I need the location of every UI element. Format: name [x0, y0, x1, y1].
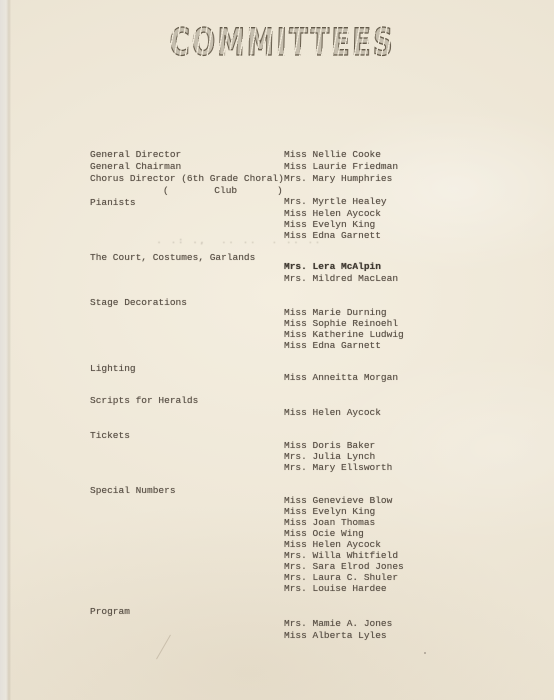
committee-member-name: Miss Sophie Reinoehl — [284, 319, 398, 329]
page-title: COMMITTEES — [0, 24, 554, 61]
committee-member-name: Miss Katherine Ludwig — [284, 330, 404, 340]
document-page: COMMITTEES . .: ., .. .. . .. .. General… — [0, 0, 554, 700]
committee-member-name: Miss Nellie Cooke — [284, 150, 381, 160]
committee-label-general-chairman: General Chairman — [90, 162, 181, 172]
paper-scratch — [156, 635, 171, 660]
committee-member-name: Mrs. Mary Ellsworth — [284, 463, 392, 473]
committee-label-special-numbers: Special Numbers — [90, 486, 176, 496]
committee-member-name: Mrs. Laura C. Shuler — [284, 573, 398, 583]
paper-speck — [424, 652, 426, 654]
committee-member-name: Miss Joan Thomas — [284, 518, 375, 528]
page-edge — [0, 0, 11, 700]
committee-member-name: Miss Laurie Friedman — [284, 162, 398, 172]
committee-member-name: Miss Doris Baker — [284, 441, 375, 451]
committee-member-name: Mrs. Louise Hardee — [284, 584, 387, 594]
committee-member-name: Mrs. Mildred MacLean — [284, 274, 398, 284]
committee-member-name: Miss Genevieve Blow — [284, 496, 392, 506]
committee-label-program: Program — [90, 607, 130, 617]
committee-member-name: Miss Evelyn King — [284, 507, 375, 517]
committee-member-name: Miss Evelyn King — [284, 220, 375, 230]
committee-member-name: Miss Edna Garnett — [284, 341, 381, 351]
committee-member-name: Mrs. Myrtle Healey — [284, 197, 387, 207]
committee-member-name: Miss Marie Durning — [284, 308, 387, 318]
committee-label-general-director: General Director — [90, 150, 181, 160]
committee-member-name: Mrs. Willa Whitfield — [284, 551, 398, 561]
committee-member-name: Mrs. Julia Lynch — [284, 452, 375, 462]
committee-member-name: Mrs. Mary Humphries — [284, 174, 392, 184]
committee-label-scripts-for-heralds: Scripts for Heralds — [90, 396, 198, 406]
committee-label-pianists: Pianists — [90, 198, 136, 208]
committee-label-lighting: Lighting — [90, 364, 136, 374]
committee-label2-chorus-director: ( Club ) — [163, 186, 283, 196]
committee-member-name: Miss Ocie Wing — [284, 529, 364, 539]
committee-member-name: Miss Anneitta Morgan — [284, 373, 398, 383]
committee-member-name: Mrs. Mamie A. Jones — [284, 619, 392, 629]
committee-label-chorus-director: Chorus Director (6th Grade Choral) — [90, 174, 284, 184]
erased-text-smudge: . .: ., .. .. . .. .. — [157, 238, 277, 246]
committee-member-name: Miss Edna Garnett — [284, 231, 381, 241]
committee-member-name: Miss Helen Aycock — [284, 209, 381, 219]
page-title-text: COMMITTEES — [169, 24, 395, 61]
committee-member-name: Miss Helen Aycock — [284, 540, 381, 550]
committee-member-name: Miss Helen Aycock — [284, 408, 381, 418]
committee-label-court-costumes-garlands: The Court, Costumes, Garlands — [90, 253, 255, 263]
committee-member-name: Miss Alberta Lyles — [284, 631, 387, 641]
committee-label-tickets: Tickets — [90, 431, 130, 441]
committee-label-stage-decorations: Stage Decorations — [90, 298, 187, 308]
committee-member-name: Mrs. Sara Elrod Jones — [284, 562, 404, 572]
committee-member-name: Mrs. Lera McAlpin — [284, 262, 381, 272]
